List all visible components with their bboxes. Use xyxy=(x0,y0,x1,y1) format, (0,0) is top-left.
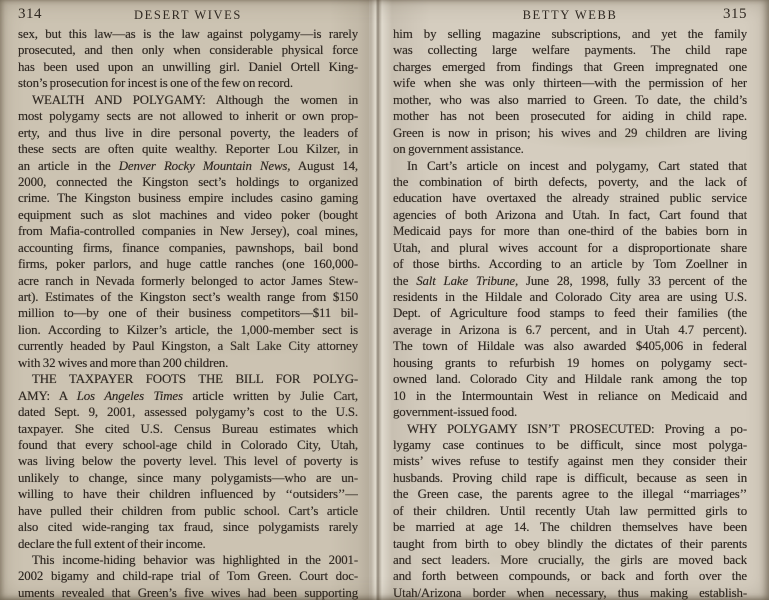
text-line: the combination of birth defects, povert… xyxy=(393,174,747,190)
text-line: mother, who was also married to Green. T… xyxy=(393,92,747,108)
text-line: WHY POLYGAMY ISN’T PROSECUTED: Proving a… xyxy=(393,421,747,437)
text-line: the Salt Lake Tribune, June 28, 1998, fu… xyxy=(393,273,747,289)
text-line: This income-hiding behavior was highligh… xyxy=(18,552,358,568)
text-line: taxpayer. She cited U.S. Census Bureau e… xyxy=(18,421,358,437)
text-line: willing to have their children influence… xyxy=(18,486,358,502)
page-number-right: 315 xyxy=(723,6,747,23)
text-line: average in Arizona is 6.7 percent, and i… xyxy=(393,322,747,338)
text-line: agencies of both Arizona and Utah. In fa… xyxy=(393,207,747,223)
text-line: these sects are often quite wealthy. Rep… xyxy=(18,141,358,157)
text-line: unlikely to change, since many polygamis… xyxy=(18,470,358,486)
text-line: million to—by one of their business comp… xyxy=(18,305,358,321)
text-line: also cited wide-ranging tax fraud, since… xyxy=(18,519,358,535)
text-line: on government assistance. xyxy=(393,141,747,157)
text-line: art). Estimates of the Kingston sect’s w… xyxy=(18,289,358,305)
page-text-right: him by selling magazine subscriptions, a… xyxy=(393,26,747,600)
running-head-left: DESERT WIVES xyxy=(18,8,358,23)
text-line: firms, poker parlors, and huge cattle ra… xyxy=(18,256,358,272)
text-line: Utah/Arizona border when necessary, thus… xyxy=(393,585,747,600)
text-line: THE TAXPAYER FOOTS THE BILL FOR POLYG- xyxy=(18,371,358,387)
text-line: owned land. Colorado City and Hildale ra… xyxy=(393,371,747,387)
text-line: 2000, connected the Kingston sect’s hold… xyxy=(18,174,358,190)
text-line: WEALTH AND POLYGAMY: Although the women … xyxy=(18,92,358,108)
left-page: 314 DESERT WIVES sex, but this law—as is… xyxy=(0,0,369,600)
text-line: Medicaid pays for more than one-third of… xyxy=(393,223,747,239)
text-line: residents in the Hildale and Colorado Ci… xyxy=(393,289,747,305)
text-line: most polygamy sects are not allowed to i… xyxy=(18,108,358,124)
right-page: BETTY WEBB 315 him by selling magazine s… xyxy=(369,0,769,600)
text-line: from Mafia-controlled companies in New J… xyxy=(18,223,358,239)
text-line: lygamy case continues to be difficult, s… xyxy=(393,437,747,453)
text-line: of their children. Until recently Utah l… xyxy=(393,503,747,519)
text-line: Utah, and plural wives account for a dis… xyxy=(393,240,747,256)
text-line: uments revealed that Green’s five wives … xyxy=(18,585,358,600)
text-line: was living below the poverty level. This… xyxy=(18,453,358,469)
text-line: of those births. According to an article… xyxy=(393,256,747,272)
book-spread: 314 DESERT WIVES sex, but this law—as is… xyxy=(0,0,769,600)
text-line: the Green case, the parents agree to the… xyxy=(393,486,747,502)
text-line: has been used upon an unwilling girl. Da… xyxy=(18,59,358,75)
text-line: have pulled their children from public s… xyxy=(18,503,358,519)
text-line: Dept. of Agriculture food stamps to feed… xyxy=(393,305,747,321)
text-line: charges emerged from findings that Green… xyxy=(393,59,747,75)
text-line: government-issued food. xyxy=(393,404,747,420)
text-line: found that every school-age child in Col… xyxy=(18,437,358,453)
text-line: and forth between compounds, or back and… xyxy=(393,568,747,584)
text-line: housing grants to refurbish 19 homes on … xyxy=(393,355,747,371)
text-line: accounting firms, finance companies, paw… xyxy=(18,240,358,256)
text-line: and sect leaders. More crucially, the gi… xyxy=(393,552,747,568)
text-line: 10 in the Intermountain West in reliance… xyxy=(393,388,747,404)
text-line: taught from birth to obey blindly the di… xyxy=(393,536,747,552)
text-line: was collecting large welfare payments. T… xyxy=(393,42,747,58)
text-line: lion. According to Kilzer’s article, the… xyxy=(18,322,358,338)
text-line: prosecuted, and then only when considera… xyxy=(18,42,358,58)
text-line: education have overtaxed the already str… xyxy=(393,190,747,206)
text-line: 2002 bigamy and child-rape trial of Tom … xyxy=(18,568,358,584)
text-line: ston’s prosecution for incest is one of … xyxy=(18,75,358,91)
text-line: erty, and thus live in dire personal pov… xyxy=(18,125,358,141)
text-line: declare the full extent of their income. xyxy=(18,536,358,552)
text-line: with 32 wives and more than 200 children… xyxy=(18,355,358,371)
text-line: equipment such as slot machines and vide… xyxy=(18,207,358,223)
running-head-right: BETTY WEBB xyxy=(393,8,747,23)
text-line: Green is now in prison; his wives and 29… xyxy=(393,125,747,141)
text-line: mists’ wives refuse to testify against m… xyxy=(393,453,747,469)
text-line: currently headed by Paul Kingston, a Sal… xyxy=(18,338,358,354)
text-line: an article in the Denver Rocky Mountain … xyxy=(18,158,358,174)
text-line: him by selling magazine subscriptions, a… xyxy=(393,26,747,42)
text-line: crime. The Kingston business empire incl… xyxy=(18,190,358,206)
text-line: husbands. Proving child rape is difficul… xyxy=(393,470,747,486)
text-line: The town of Hildale was also awarded $40… xyxy=(393,338,747,354)
text-line: sex, but this law—as is the law against … xyxy=(18,26,358,42)
text-line: dated Sept. 9, 2001, assessed polygamy’s… xyxy=(18,404,358,420)
text-line: wife when she was only thirteen—with the… xyxy=(393,75,747,91)
text-line: In Cart’s article on incest and polygamy… xyxy=(393,158,747,174)
page-text-left: sex, but this law—as is the law against … xyxy=(18,26,358,600)
text-line: acre ranch in Nevada formerly belonged t… xyxy=(18,273,358,289)
text-line: mother has not been prosecuted for aidin… xyxy=(393,108,747,124)
text-line: be married at age 14. The children thems… xyxy=(393,519,747,535)
text-line: AMY: A Los Angeles Times article written… xyxy=(18,388,358,404)
